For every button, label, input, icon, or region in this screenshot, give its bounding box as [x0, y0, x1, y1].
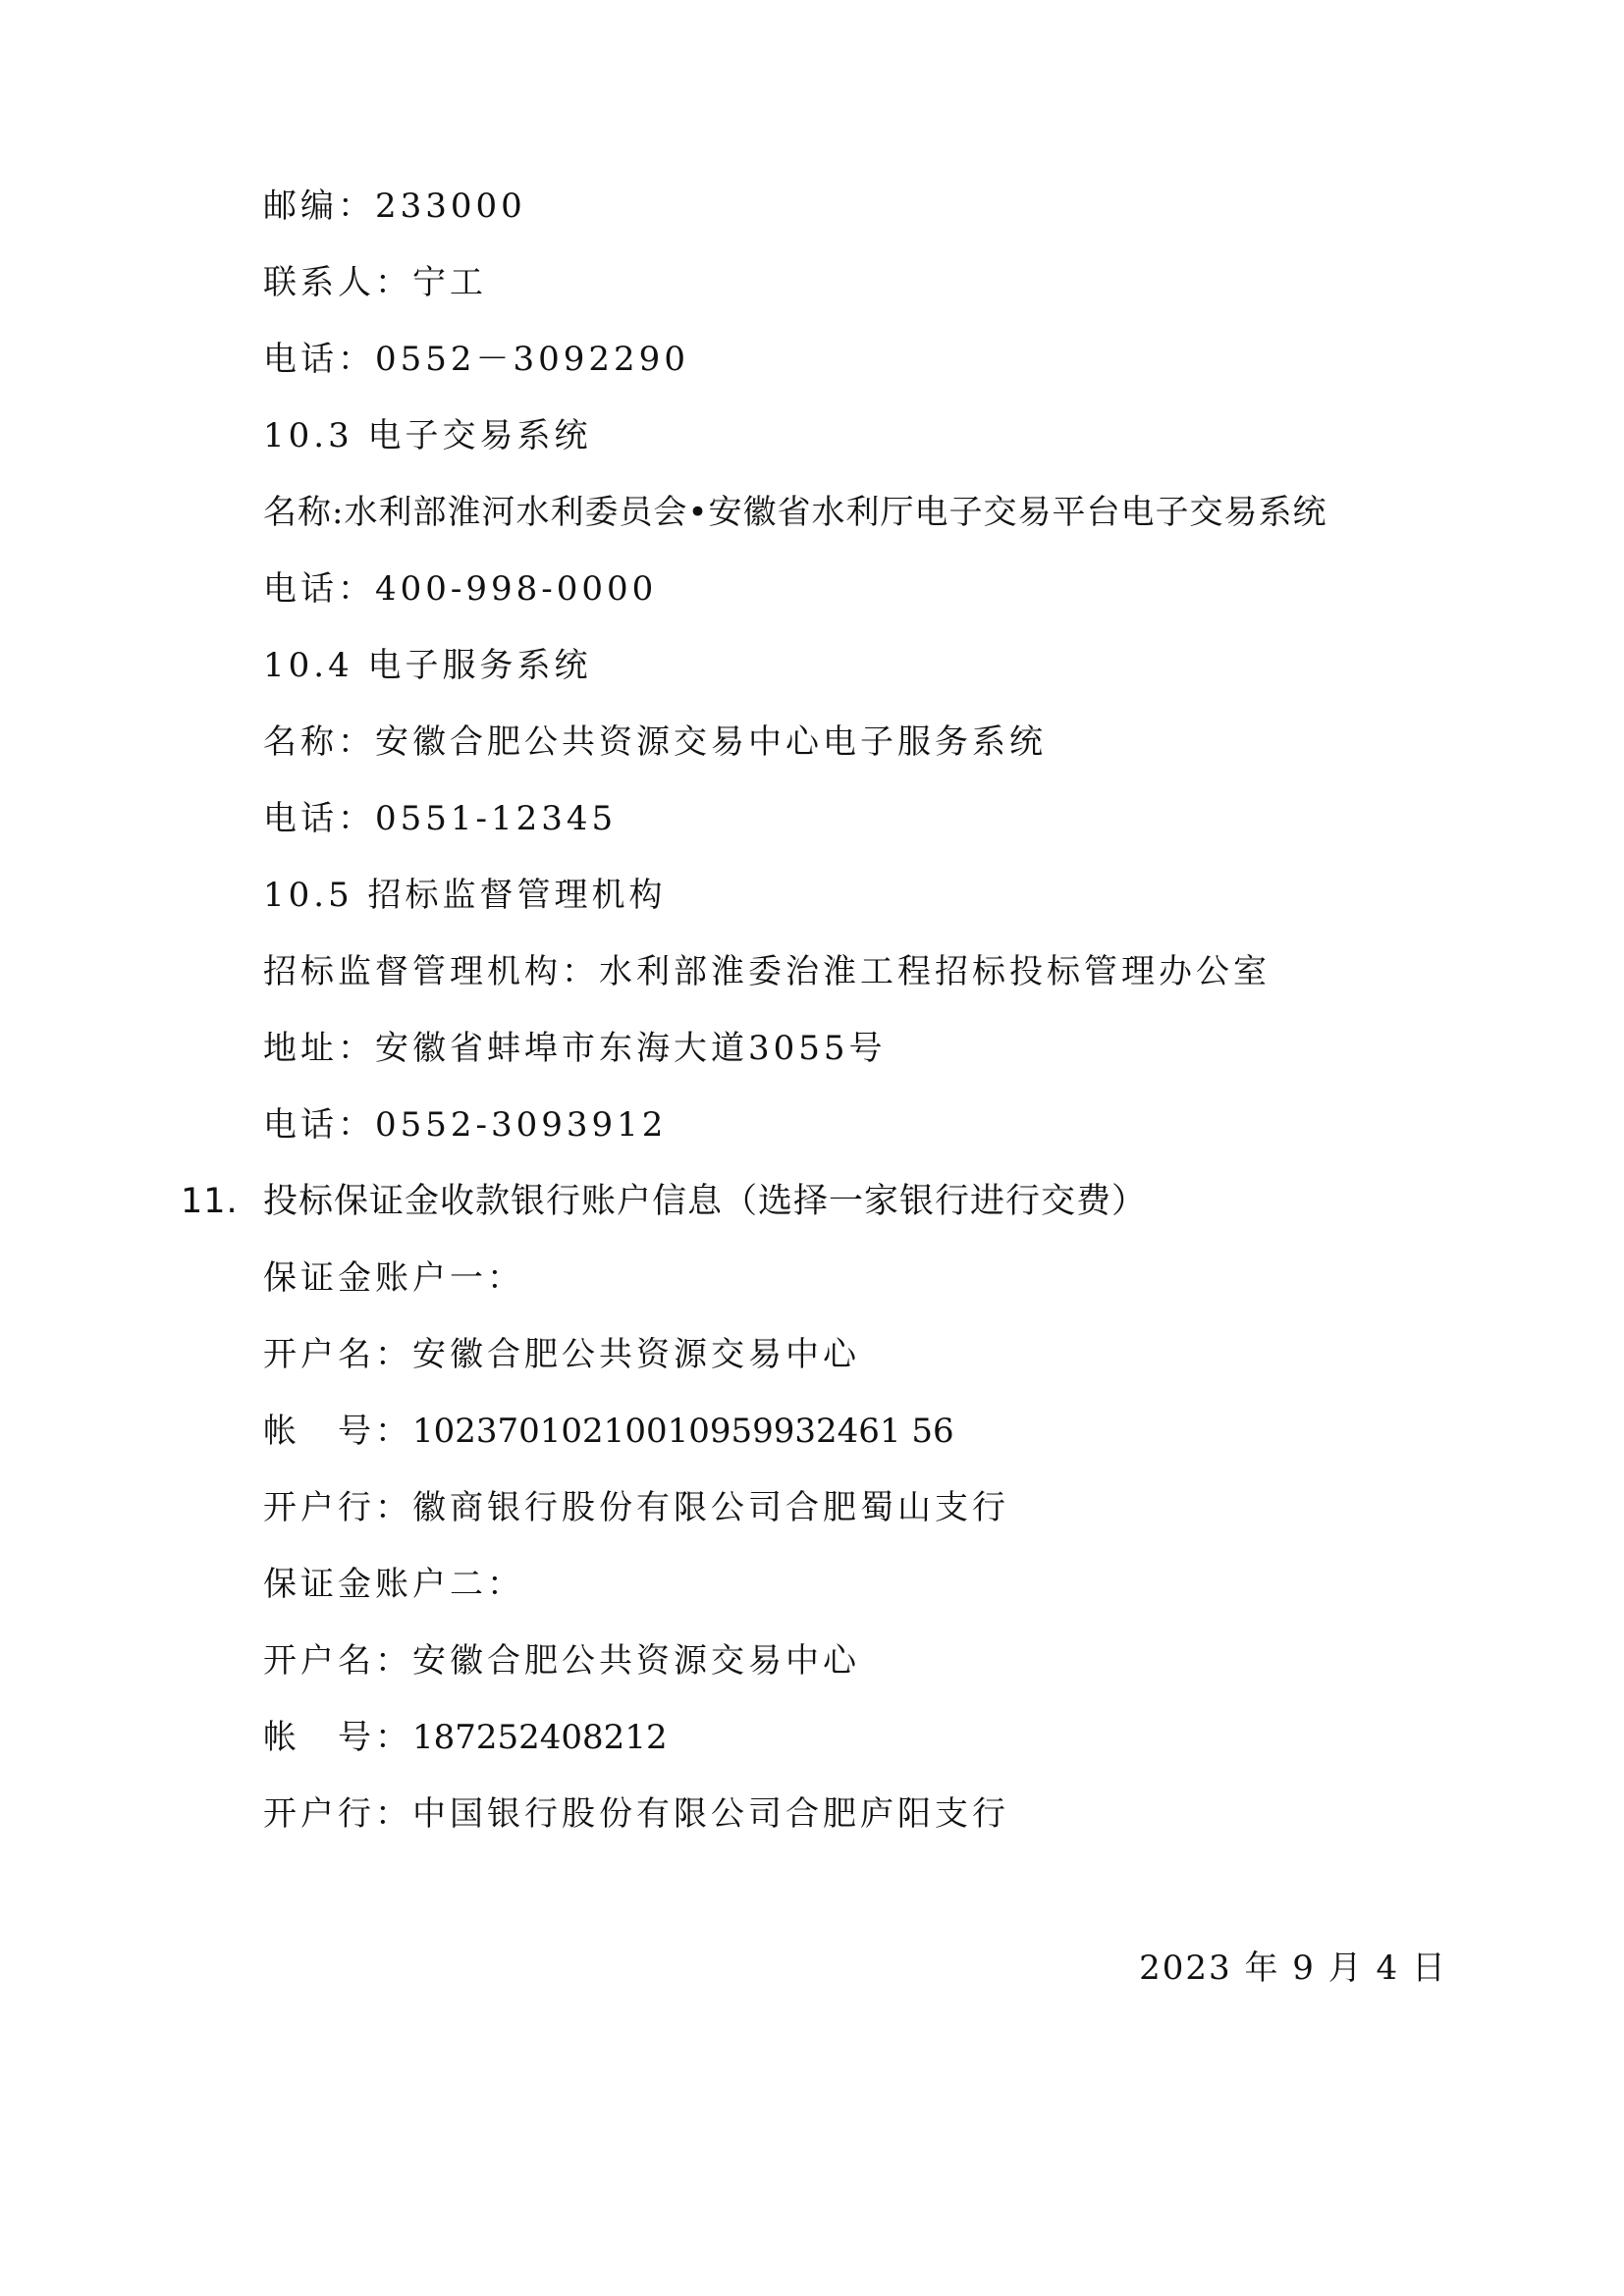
account-2-number-label: 帐 号： [263, 1718, 412, 1757]
account-1-bank: 开户行：徽商银行股份有限公司合肥蜀山支行 [263, 1486, 1009, 1529]
postcode-line: 邮编：233000 [263, 185, 526, 228]
section-11-heading: 11.投标保证金收款银行账户信息（选择一家银行进行交费） [181, 1180, 1147, 1223]
account-2-header: 保证金账户二： [263, 1563, 524, 1606]
contact-person-line: 联系人：宁工 [263, 261, 487, 304]
section-10-4-phone: 电话：0551-12345 [263, 797, 617, 840]
section-10-5-title: 10.5 招标监督管理机构 [263, 874, 667, 917]
section-11-title: 投标保证金收款银行账户信息（选择一家银行进行交费） [263, 1182, 1147, 1221]
section-11-number: 11. [181, 1180, 263, 1223]
account-1-number-line: 帐 号：10237010210010959932461 56 [263, 1410, 954, 1453]
section-10-3-name: 名称:水利部淮河水利委员会•安徽省水利厅电子交易平台电子交易系统 [263, 491, 1327, 534]
account-1-number-label: 帐 号： [263, 1412, 412, 1451]
section-10-5-phone: 电话：0552-3093912 [263, 1103, 667, 1147]
section-10-4-title: 10.4 电子服务系统 [263, 644, 592, 687]
account-2-holder: 开户名：安徽合肥公共资源交易中心 [263, 1639, 860, 1682]
section-10-5-address: 地址：安徽省蚌埠市东海大道3055号 [263, 1027, 887, 1070]
section-10-4-name: 名称：安徽合肥公共资源交易中心电子服务系统 [263, 721, 1047, 764]
account-2-number-line: 帐 号：187252408212 [263, 1716, 668, 1759]
account-2-number: 187252408212 [412, 1718, 668, 1757]
section-10-3-title: 10.3 电子交易系统 [263, 414, 592, 457]
account-2-bank: 开户行：中国银行股份有限公司合肥庐阳支行 [263, 1792, 1009, 1836]
account-1-holder: 开户名：安徽合肥公共资源交易中心 [263, 1333, 860, 1376]
document-date: 2023 年 9 月 4 日 [1139, 1947, 1447, 1990]
account-1-number: 10237010210010959932461 56 [412, 1412, 954, 1451]
section-10-3-phone: 电话：400-998-0000 [263, 567, 657, 611]
account-1-header: 保证金账户一： [263, 1256, 524, 1300]
section-10-5-agency: 招标监督管理机构：水利部淮委治淮工程招标投标管理办公室 [263, 950, 1271, 993]
contact-phone-line: 电话：0552－3092290 [263, 338, 689, 381]
